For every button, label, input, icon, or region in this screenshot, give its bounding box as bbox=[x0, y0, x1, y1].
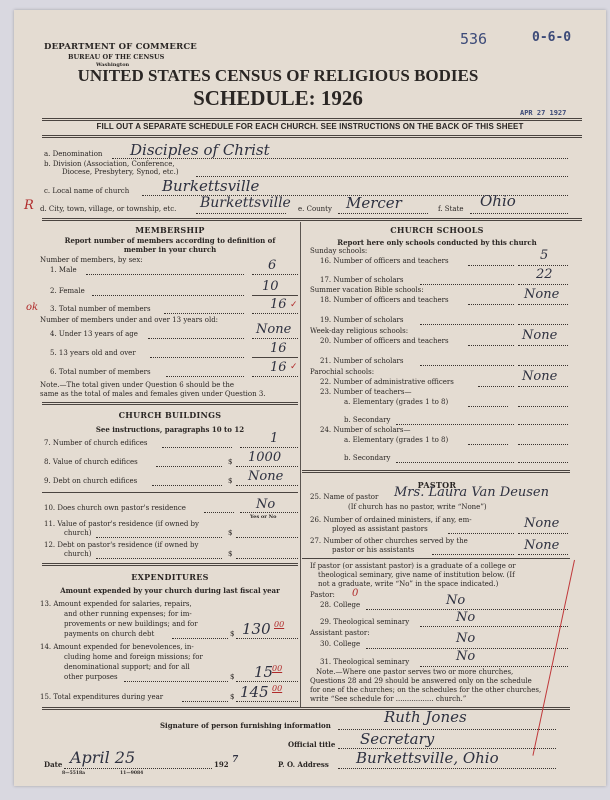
q14-cents: 00 bbox=[272, 664, 282, 673]
q17-value-line bbox=[518, 284, 568, 285]
q13-amount-field[interactable]: 130 bbox=[242, 620, 271, 638]
expenditures-subtitle: Amount expended by your church during la… bbox=[42, 586, 298, 595]
residence-debt-label-2: church) bbox=[64, 550, 91, 558]
edifices-debt-label: 9. Debt on church edifices bbox=[44, 477, 137, 485]
division-label: b. Division (Association, Conference, bbox=[44, 160, 175, 168]
q15-label: 15. Total expenditures during year bbox=[40, 693, 163, 701]
buildings-title: CHURCH BUILDINGS bbox=[42, 410, 298, 420]
dollar-sign: $ bbox=[230, 693, 234, 701]
over-13-label: 5. 13 years old and over bbox=[50, 349, 136, 357]
q22-line bbox=[478, 386, 514, 387]
q18-value-line bbox=[518, 304, 568, 305]
dollar-sign: $ bbox=[228, 529, 232, 537]
male-label: 1. Male bbox=[50, 266, 77, 274]
total-members-2-line bbox=[166, 376, 244, 377]
q28-field[interactable]: No bbox=[446, 593, 465, 608]
buildings-bottom-rule bbox=[42, 563, 298, 566]
q14-amount-line bbox=[236, 681, 298, 682]
q20-line bbox=[468, 345, 514, 346]
graduate-note-3: not a graduate, write “No” in the space … bbox=[318, 580, 498, 589]
edifices-value-label: 8. Value of church edifices bbox=[44, 458, 138, 466]
q17-field[interactable]: 22 bbox=[536, 267, 553, 282]
q24b-label: b. Secondary bbox=[344, 454, 390, 462]
q22-value-line bbox=[518, 386, 568, 387]
q24a-label: a. Elementary (grades 1 to 8) bbox=[344, 436, 448, 444]
edifices-count-value-line bbox=[240, 447, 298, 448]
q14-label-2: cluding home and foreign missions; for bbox=[64, 653, 203, 661]
address-field[interactable]: Burkettsville, Ohio bbox=[356, 749, 499, 767]
by-age-label: Number of members under and over 13 year… bbox=[40, 316, 218, 324]
q23b-label: b. Secondary bbox=[344, 416, 390, 424]
total-members-label: 3. Total number of members bbox=[50, 305, 151, 313]
q16-field[interactable]: 5 bbox=[540, 248, 548, 263]
check-icon: ✓ bbox=[290, 300, 298, 310]
q21-line bbox=[420, 365, 514, 366]
graduate-note-1: If pastor (or assistant pastor) is a gra… bbox=[310, 562, 516, 571]
expenditures-title: EXPENDITURES bbox=[42, 572, 298, 582]
column-divider bbox=[300, 222, 301, 708]
owns-residence-value-line bbox=[240, 512, 298, 513]
under-13-line bbox=[148, 338, 244, 339]
pastor-note-4: write “See schedule for ................… bbox=[310, 695, 466, 704]
city-line bbox=[196, 213, 286, 214]
denomination-field[interactable]: Disciples of Christ bbox=[130, 141, 270, 159]
female-label: 2. Female bbox=[50, 287, 85, 295]
date-line bbox=[64, 768, 212, 769]
dollar-sign: $ bbox=[230, 673, 234, 681]
q18-label: 18. Number of officers and teachers bbox=[320, 296, 449, 304]
classification-code: 0-6-0 bbox=[532, 30, 571, 45]
schools-bottom-rule bbox=[302, 470, 570, 473]
q19-line bbox=[420, 324, 514, 325]
official-title-field[interactable]: Secretary bbox=[360, 730, 434, 748]
edifices-count-line bbox=[162, 447, 232, 448]
dollar-sign: $ bbox=[228, 550, 232, 558]
q16-value-line bbox=[518, 265, 568, 266]
membership-note-2: same as the total of males and females g… bbox=[40, 390, 266, 399]
county-label: e. County bbox=[298, 205, 332, 213]
date-field[interactable]: April 25 bbox=[70, 748, 135, 767]
edifices-count-field[interactable]: 1 bbox=[270, 431, 278, 446]
over-13-line bbox=[150, 357, 244, 358]
q15-cents: 00 bbox=[272, 684, 282, 693]
q26-label-1: 26. Number of ordained ministers, if any… bbox=[310, 516, 472, 524]
q29-line bbox=[420, 626, 568, 627]
pastor-name-hint: (If church has no pastor, write “None”) bbox=[348, 503, 487, 511]
denomination-label: a. Denomination bbox=[44, 150, 102, 158]
edifices-value-field[interactable]: 1000 bbox=[248, 450, 281, 465]
pastor-name-label: 25. Name of pastor bbox=[310, 493, 378, 501]
total-members-2-value-line bbox=[252, 376, 298, 377]
q23b-value-line bbox=[518, 424, 568, 425]
female-field[interactable]: 10 bbox=[262, 279, 279, 294]
owns-residence-line bbox=[204, 512, 234, 513]
schools-subtitle: Report here only schools conducted by th… bbox=[302, 238, 572, 247]
buildings-divider bbox=[42, 492, 298, 493]
q23-label: 23. Number of teachers— bbox=[320, 388, 412, 396]
q23a-line bbox=[468, 406, 508, 407]
q19-value-line bbox=[518, 324, 568, 325]
over-13-field[interactable]: 16 bbox=[270, 341, 287, 356]
banner-bottom-rule bbox=[42, 135, 582, 138]
dollar-sign: $ bbox=[228, 477, 232, 485]
total-members-2-field[interactable]: 16 bbox=[270, 360, 287, 375]
schedule-title: SCHEDULE: 1926 bbox=[0, 86, 556, 111]
total-members-2-label: 6. Total number of members bbox=[50, 368, 151, 376]
residence-debt-line bbox=[96, 558, 222, 559]
q23a-label: a. Elementary (grades 1 to 8) bbox=[344, 398, 448, 406]
q20-label: 20. Number of officers and teachers bbox=[320, 337, 449, 345]
q20-field[interactable]: None bbox=[522, 328, 557, 343]
form-code-2: 11—9084 bbox=[120, 771, 143, 776]
q23b-line bbox=[396, 424, 514, 425]
instructions-banner: FILL OUT A SEPARATE SCHEDULE FOR EACH CH… bbox=[20, 122, 600, 131]
q28-label: 28. College bbox=[320, 601, 360, 609]
by-sex-label: Number of members, by sex: bbox=[40, 256, 143, 264]
division-label-2: Diocese, Presbytery, Synod, etc.) bbox=[62, 168, 179, 176]
pastor-note-1: Note.—Where one pastor serves two or mor… bbox=[316, 668, 513, 677]
q13-line bbox=[172, 638, 228, 639]
q26-value-line bbox=[518, 533, 568, 534]
female-value-line bbox=[252, 295, 298, 296]
year-suffix-field[interactable]: 7 bbox=[232, 755, 238, 765]
edifices-value-line bbox=[156, 466, 222, 467]
total-members-value-line bbox=[252, 313, 298, 314]
q30-label: 30. College bbox=[320, 640, 360, 648]
q31-line bbox=[420, 666, 568, 667]
total-members-line bbox=[164, 313, 244, 314]
residence-value-label-2: church) bbox=[64, 529, 91, 537]
under-13-label: 4. Under 13 years of age bbox=[50, 330, 138, 338]
official-title-label: Official title bbox=[288, 740, 335, 749]
edifices-debt-field[interactable]: None bbox=[248, 469, 283, 484]
q26-label-2: ployed as assistant pastors bbox=[332, 525, 428, 533]
q29-field[interactable]: No bbox=[456, 610, 475, 625]
male-value-line bbox=[252, 274, 298, 275]
q24-label: 24. Number of scholars— bbox=[320, 426, 410, 434]
check-icon-2: ✓ bbox=[290, 362, 298, 372]
q29-label: 29. Theological seminary bbox=[320, 618, 409, 626]
county-line bbox=[338, 213, 428, 214]
state-field[interactable]: Ohio bbox=[480, 192, 516, 210]
membership-margin-mark: ok bbox=[26, 302, 38, 313]
q21-label: 21. Number of scholars bbox=[320, 357, 403, 365]
q16-label: 16. Number of officers and teachers bbox=[320, 257, 449, 265]
q13-cents: 00 bbox=[274, 620, 284, 629]
q31-field[interactable]: No bbox=[456, 649, 475, 664]
q15-amount-line bbox=[236, 701, 298, 702]
residence-value-label: 11. Value of pastor's residence (if owne… bbox=[44, 520, 199, 528]
signature-label: Signature of person furnishing informati… bbox=[160, 721, 331, 730]
q13-label-1: 13. Amount expended for salaries, repair… bbox=[40, 600, 192, 608]
identity-bottom-rule bbox=[42, 218, 582, 221]
q27-line bbox=[432, 554, 514, 555]
yes-no-hint: Yes or No bbox=[250, 514, 277, 520]
q24b-value-line bbox=[518, 462, 568, 463]
pastor-red-mark: 0 bbox=[352, 588, 358, 599]
banner-top-rule bbox=[42, 118, 582, 121]
q15-amount-field[interactable]: 145 bbox=[240, 683, 269, 701]
q26-line bbox=[448, 533, 514, 534]
residence-debt-label: 12. Debt on pastor's residence (if owned… bbox=[44, 541, 198, 549]
pastor-name-field[interactable]: Mrs. Laura Van Deusen bbox=[394, 485, 549, 500]
q14-label-3: denominational support; and for all bbox=[64, 663, 190, 671]
sunday-schools-heading: Sunday schools: bbox=[310, 247, 367, 255]
schools-title: CHURCH SCHOOLS bbox=[302, 225, 572, 235]
membership-note-1: Note.—The total given under Question 6 s… bbox=[40, 381, 296, 390]
owns-residence-field[interactable]: No bbox=[256, 497, 275, 512]
buildings-subtitle: See instructions, paragraphs 10 to 12 bbox=[42, 425, 298, 434]
q16-line bbox=[468, 265, 514, 266]
q24b-line bbox=[396, 462, 514, 463]
edifices-debt-amount-line bbox=[236, 485, 298, 486]
male-field[interactable]: 6 bbox=[268, 258, 276, 273]
year-prefix: 192 bbox=[214, 760, 229, 769]
weekday-schools-heading: Week-day religious schools: bbox=[310, 327, 408, 335]
q21-value-line bbox=[518, 365, 568, 366]
local-name-label: c. Local name of church bbox=[44, 187, 129, 195]
residence-value-amount-line bbox=[236, 537, 298, 538]
q27-field[interactable]: None bbox=[524, 538, 559, 553]
county-field[interactable]: Mercer bbox=[346, 194, 402, 212]
q26-field[interactable]: None bbox=[524, 516, 559, 531]
city-field[interactable]: Burkettsville bbox=[200, 195, 291, 211]
department-heading: DEPARTMENT OF COMMERCE bbox=[44, 42, 197, 52]
q24a-line bbox=[468, 444, 508, 445]
q14-label-4: other purposes bbox=[64, 673, 118, 681]
address-line bbox=[338, 768, 556, 769]
body-bottom-rule bbox=[42, 707, 570, 710]
q14-label-1: 14. Amount expended for benevolences, in… bbox=[40, 643, 194, 651]
bureau-heading: BUREAU OF THE CENSUS bbox=[68, 53, 164, 61]
q17-label: 17. Number of scholars bbox=[320, 276, 403, 284]
q27-label-2: pastor or his assistants bbox=[332, 546, 414, 554]
q14-line bbox=[124, 681, 228, 682]
pastor-note-2: Questions 28 and 29 should be answered o… bbox=[310, 677, 532, 686]
graduate-note-2: theological seminary, give name of insti… bbox=[318, 571, 515, 580]
membership-bottom-rule bbox=[42, 402, 298, 405]
q17-line bbox=[420, 284, 514, 285]
q18-line bbox=[468, 304, 514, 305]
q30-field[interactable]: No bbox=[456, 631, 475, 646]
q22-field[interactable]: None bbox=[522, 369, 557, 384]
over-13-value-line bbox=[252, 357, 298, 358]
q22-label: 22. Number of administrative officers bbox=[320, 378, 454, 386]
q19-label: 19. Number of scholars bbox=[320, 316, 403, 324]
dollar-sign: $ bbox=[230, 630, 234, 638]
membership-title: MEMBERSHIP bbox=[42, 225, 298, 235]
residence-debt-amount-line bbox=[236, 558, 298, 559]
male-line bbox=[86, 274, 244, 275]
membership-subtitle-2: member in your church bbox=[42, 245, 298, 254]
q15-line bbox=[182, 701, 228, 702]
form-code-1: 8—5518a bbox=[62, 771, 85, 776]
address-label: P. O. Address bbox=[278, 760, 329, 769]
received-date-stamp: APR 27 1927 bbox=[520, 109, 566, 117]
q27-value-line bbox=[518, 554, 568, 555]
total-members-field[interactable]: 16 bbox=[270, 297, 287, 312]
state-line bbox=[470, 213, 568, 214]
under-13-field[interactable]: None bbox=[256, 322, 291, 337]
q14-amount-field[interactable]: 15 bbox=[254, 663, 273, 681]
date-label: Date bbox=[44, 760, 62, 769]
under-13-value-line bbox=[252, 338, 298, 339]
signature-field[interactable]: Ruth Jones bbox=[384, 708, 467, 726]
q13-label-4: payments on church debt bbox=[64, 630, 154, 638]
edifices-value-amount-line bbox=[236, 466, 298, 467]
q18-field[interactable]: None bbox=[524, 287, 559, 302]
q31-label: 31. Theological seminary bbox=[320, 658, 409, 666]
edifices-debt-line bbox=[152, 485, 222, 486]
margin-mark: R bbox=[24, 198, 34, 213]
parochial-schools-heading: Parochial schools: bbox=[310, 368, 374, 376]
q24a-value-line bbox=[518, 444, 568, 445]
form-title: UNITED STATES CENSUS OF RELIGIOUS BODIES bbox=[0, 66, 556, 86]
owns-residence-label: 10. Does church own pastor's residence bbox=[44, 504, 186, 512]
q23a-value-line bbox=[518, 406, 568, 407]
summer-schools-heading: Summer vacation Bible schools: bbox=[310, 286, 424, 294]
q20-value-line bbox=[518, 345, 568, 346]
membership-subtitle-1: Report number of members according to de… bbox=[42, 236, 298, 245]
pastor-subheading: Pastor: bbox=[310, 591, 335, 599]
city-label: d. City, town, village, or township, etc… bbox=[40, 205, 176, 213]
pastor-divider bbox=[302, 558, 570, 559]
assistant-pastor-subheading: Assistant pastor: bbox=[310, 629, 370, 637]
q13-amount-line bbox=[236, 638, 298, 639]
female-line bbox=[92, 295, 244, 296]
local-name-field[interactable]: Burkettsville bbox=[162, 177, 259, 195]
pastor-note-3: for one of the churches; on the schedule… bbox=[310, 686, 541, 695]
q27-label-1: 27. Number of other churches served by t… bbox=[310, 537, 468, 545]
residence-value-line bbox=[96, 537, 222, 538]
dollar-sign: $ bbox=[228, 458, 232, 466]
q13-label-3: provements or new buildings; and for bbox=[64, 620, 198, 628]
edifices-count-label: 7. Number of church edifices bbox=[44, 439, 148, 447]
file-number: 536 bbox=[460, 30, 487, 48]
q13-label-2: and other running expenses; for im- bbox=[64, 610, 192, 618]
state-label: f. State bbox=[438, 205, 464, 213]
